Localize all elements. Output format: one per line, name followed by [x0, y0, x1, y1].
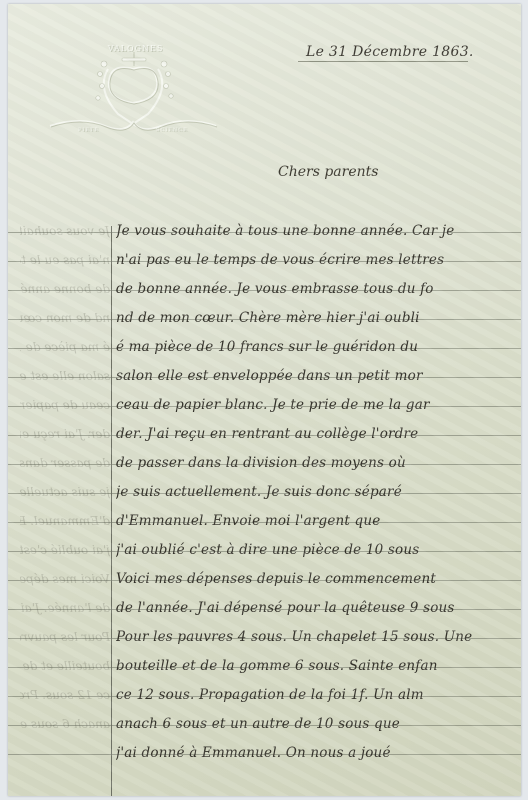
margin-rule: [111, 226, 112, 796]
body-line: nd de mon cœur. Chère mère hier j'ai oub…: [116, 304, 516, 333]
salutation: Chers parents: [278, 164, 378, 180]
body-line: der. J'ai reçu en rentrant au collège l'…: [116, 420, 516, 449]
letterhead-motto-right: SCIENCE: [156, 127, 188, 133]
body-line: Je vous souhaite à tous une bonne année.…: [116, 217, 516, 246]
body-line: de bonne année. Je vous embrasse tous du…: [116, 275, 516, 304]
body-line: ce 12 sous. Propagation de la foi 1f. Un…: [116, 681, 516, 710]
letter-body: Je vous souhaite à tous une bonne année.…: [116, 217, 516, 768]
body-line: ceau de papier blanc. Je te prie de me l…: [116, 391, 516, 420]
date-underline: [298, 61, 468, 62]
crest-emblem-icon: [38, 14, 233, 144]
letterhead-motto-left: PIETÉ: [78, 127, 99, 133]
body-line: de passer dans la division des moyens où: [116, 449, 516, 478]
body-line: de l'année. J'ai dépensé pour la quêteus…: [116, 594, 516, 623]
body-line: Pour les pauvres 4 sous. Un chapelet 15 …: [116, 623, 516, 652]
letterhead-title: VALOGNES: [38, 44, 233, 53]
body-line: salon elle est enveloppée dans un petit …: [116, 362, 516, 391]
body-line: j'ai oublié c'est à dire une pièce de 10…: [116, 536, 516, 565]
body-line: é ma pièce de 10 francs sur le guéridon …: [116, 333, 516, 362]
body-line: d'Emmanuel. Envoie moi l'argent que: [116, 507, 516, 536]
letter-sheet: VALOGNES PIETÉ SCIENCE Le 31 Décembre 18…: [8, 4, 521, 796]
body-line: anach 6 sous et un autre de 10 sous que: [116, 710, 516, 739]
letter-date: Le 31 Décembre 1863.: [306, 44, 474, 60]
body-line: Voici mes dépenses depuis le commencemen…: [116, 565, 516, 594]
body-line: je suis actuellement. Je suis donc sépar…: [116, 478, 516, 507]
embossed-letterhead: VALOGNES PIETÉ SCIENCE: [38, 14, 233, 144]
body-line: bouteille et de la gomme 6 sous. Sainte …: [116, 652, 516, 681]
bleed-through-text: Je vous souhaite à tous une bonne année.…: [20, 217, 110, 739]
body-line: n'ai pas eu le temps de vous écrire mes …: [116, 246, 516, 275]
body-line: j'ai donné à Emmanuel. On nous a joué: [116, 739, 516, 768]
